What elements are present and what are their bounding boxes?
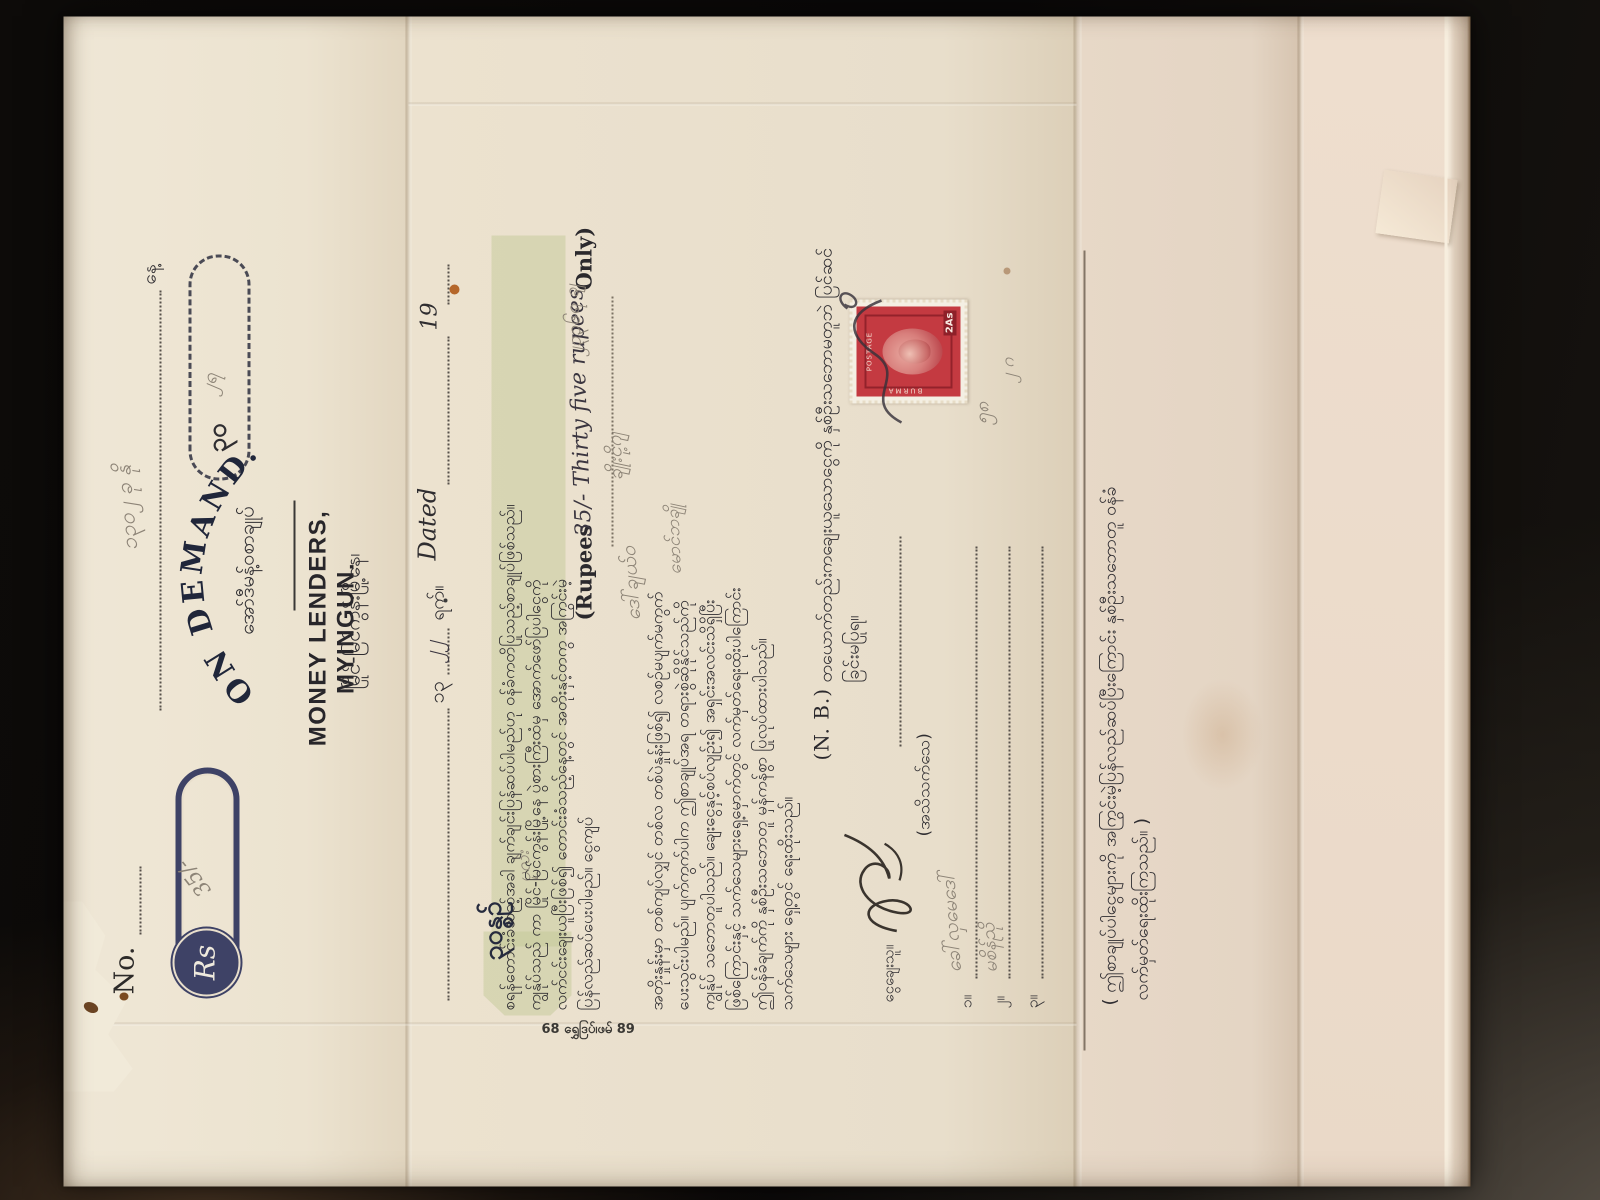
dated-dots: [448, 337, 450, 485]
edge-highlight: [1445, 17, 1448, 1187]
body-line: ကျွန်ုပ်သည် ကာ မြိုင်-မြင်ကွန်းမြို့နေ ပ…: [526, 231, 550, 1011]
ink-speck: [444, 599, 448, 603]
fold-crease-2: [1074, 17, 1082, 1187]
pencil-note: ၂၃၃၆ရ ချ: [560, 284, 592, 357]
dated-dots: [448, 265, 450, 305]
divider-rule: [294, 501, 296, 611]
company-burmese: မြိုင်-မြင်ကွန်းမြို့နေ၊: [340, 457, 370, 787]
ink-signature: [828, 818, 932, 945]
borrower-label: ငွေချေးသူ။: [880, 945, 902, 1003]
witness-pencil: ခေါ်လှမေဒေါ်: [934, 871, 971, 974]
witness-line: [1009, 547, 1011, 979]
era-year: ၁၃: [424, 681, 454, 704]
body-line: သက်သေများ ရှေ့တွင် ရေးထိုးသည်။: [778, 591, 802, 1011]
witness-caption: (အသိသက်သေ): [914, 733, 939, 836]
body-line: ကျွန်ုပ် သဘောတူပါသည်။ ချေးငွေနှင့်စပ်လျဉ…: [700, 231, 724, 1011]
rupees-close: Only): [572, 227, 597, 291]
witness-number: ၁။: [956, 995, 980, 1009]
body-line: ဖြစ်ကြောင်းနှင့် သက်သေများရှေ့မှောက်တွင်…: [726, 231, 750, 1011]
document-photo-paper: No. Rs 35/- ၃၀ ၂ရ ၁၃ဝ၂ ခု နို နေ့ ON DEM…: [64, 17, 1471, 1187]
body-line: အတိုးနှုန်းမှာ တစ်ကျပ်လျှင် တစ်လ တစ်ပဲနှ…: [648, 231, 672, 1011]
imprint-right: 89: [617, 1022, 635, 1037]
witness-line: [976, 547, 978, 979]
ink-cancellation-marks: [828, 265, 924, 435]
no-label: No.: [110, 947, 141, 995]
back-panel-line: လက်မှတ်ရေးထိုးကြသည်။ ): [1130, 701, 1157, 1001]
on-demand-burmese: အော်ဒီမန့်ဝစာချုပ်: [234, 461, 264, 681]
pencil-note: ချိုးငို့ဂျ: [601, 432, 633, 481]
paper-crease: [409, 103, 1077, 106]
pencil-note: မောင်ဘချို: [660, 504, 689, 575]
fold-crease-3: [1298, 17, 1304, 1187]
witness-number: ၂။: [989, 996, 1013, 1009]
on-demand-arch: ON DEMAND.: [140, 445, 286, 709]
imprint-middle: ရွှေဒြပ်၊ဖမ်: [564, 1022, 612, 1037]
era-suffix: ရက်။: [426, 585, 454, 620]
stamp-pencil-mark: ၅၈: [969, 402, 999, 425]
dated-dots: [448, 709, 450, 1001]
nb-label: (N. B.): [810, 688, 834, 761]
stain-dot: [450, 285, 460, 295]
foxing-stain: [1182, 679, 1264, 791]
serial-pencil: ၂ရ: [194, 371, 227, 397]
fold-crease-1: [406, 17, 412, 1187]
witness-line: [1042, 547, 1044, 979]
witness-pencil: မစိန်ညို: [976, 922, 1007, 973]
back-panel-line: ( ဤစာချုပ်ပါငွေများကို အကြွင်းမဲ့ပြန်လည်…: [1098, 228, 1125, 1006]
dated-label: Dated: [414, 488, 442, 561]
signature-line: [900, 537, 902, 747]
body-line: စရန်တောင်းခံသည့်အခါ ချက်ချင်းပြန်ဆပ်ပါမည…: [500, 231, 524, 1011]
rupees-underline: [612, 297, 614, 547]
imprint-left: 68: [542, 1022, 560, 1037]
stain-dot: [1004, 268, 1011, 275]
back-panel-rule: [1084, 251, 1086, 1051]
stamp-denomination: 2As: [944, 311, 957, 336]
body-line: ပြန်လည်ဆပ်ပေးပါမည်။ ငွေကျပ်: [578, 631, 602, 1011]
rs-monogram: Rs: [173, 929, 241, 997]
pencil-note: ဒေါ်ချယ်ဝ: [615, 545, 650, 622]
witness-number: ၃။: [1022, 995, 1046, 1009]
printers-imprint: 68 ရွှေဒြပ်၊ဖမ် 89: [542, 1021, 662, 1040]
stamp-pencil-mark: ၂ ဂ: [996, 358, 1023, 383]
no-line: [140, 867, 142, 935]
day-label: နေ့: [138, 264, 166, 284]
year-19: 19: [418, 303, 443, 331]
rupees-open: (Rupees: [572, 525, 597, 621]
era-day-handwritten: ၂၂: [418, 641, 451, 663]
body-line: ပေးသွင်းပါမည်။ ပျက်ကွက်ပါက ဤစာချုပ်အရ တရ…: [674, 231, 698, 1011]
body-line: ဤဝန်ခံချက်ကို နှစ်ဦးသဘောတူ မှန်ကန်စွာ ပြ…: [752, 231, 776, 1011]
